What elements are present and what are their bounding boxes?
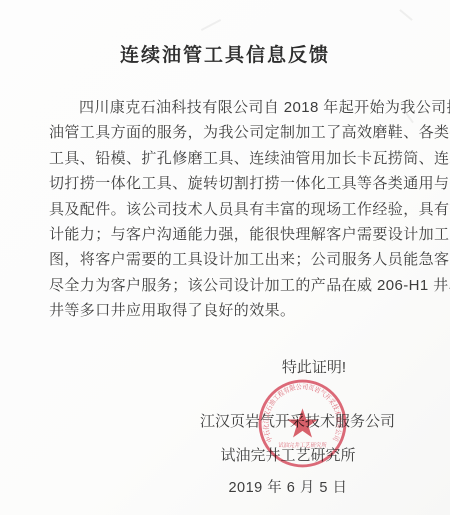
scan-artifact: [399, 9, 413, 21]
body-line: 四川康克石油科技有限公司自 2018 年起开始为我公司提供连续: [49, 95, 405, 120]
company-seal: 中石化江汉石油工程有限公司页岩气开采技术服务公司 试油完井工艺研究所: [252, 373, 353, 474]
body-line: 具及配件。该公司技术人员具有丰富的现场工作经验，具有较强的设: [49, 197, 405, 222]
scanned-document-page: 连续油管工具信息反馈 四川康克石油科技有限公司自 2018 年起开始为我公司提供…: [0, 0, 450, 515]
body-line: 切打捞一体化工具、旋转切割打捞一体化工具等各类通用与个性化工: [49, 171, 405, 196]
seal-bottom-text: 试油完井工艺研究所: [278, 441, 327, 449]
body-line: 油管工具方面的服务，为我公司定制加工了高效磨鞋、各类强磁打捞: [49, 120, 405, 145]
body-line: 井等多口井应用取得了良好的效果。: [49, 298, 405, 323]
body-line: 计能力；与客户沟通能力强，能很快理解客户需要设计加工工具的意: [49, 222, 405, 247]
body-line: 工具、铅模、扩孔修磨工具、连续油管用加长卡瓦捞筒、连续油管剪: [49, 146, 405, 171]
body-line: 图，将客户需要的工具设计加工出来；公司服务人员能急客户所急竭: [49, 247, 405, 272]
body-paragraph: 四川康克石油科技有限公司自 2018 年起开始为我公司提供连续 油管工具方面的服…: [49, 95, 405, 324]
page-title: 连续油管工具信息反馈: [0, 40, 450, 67]
star-icon: [287, 408, 318, 437]
body-line: 尽全力为客户服务；该公司设计加工的产品在威 206-H1 井、JHW031: [49, 273, 405, 298]
signature-date: 2019 年 6 月 5 日: [200, 476, 376, 497]
scan-artifact: [201, 19, 221, 31]
